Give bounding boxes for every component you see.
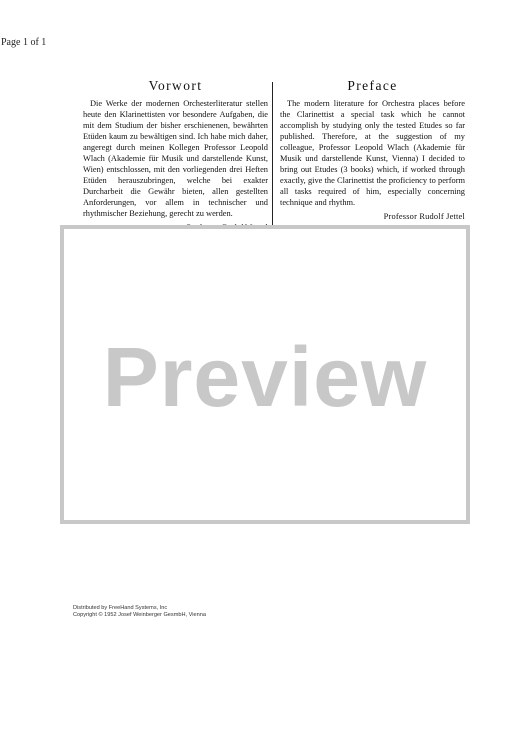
footer: Distributed by FreeHand Systems, Inc Cop…	[73, 605, 206, 619]
vorwort-column: Vorwort Die Werke der modernen Orchester…	[83, 78, 268, 232]
vorwort-title: Vorwort	[83, 78, 268, 94]
preview-watermark-box: Preview	[60, 225, 470, 524]
page-indicator: Page 1 of 1	[1, 37, 46, 48]
preview-watermark-text: Preview	[103, 329, 428, 426]
copyright-line: Copyright © 1952 Josef Weinberger GesmbH…	[73, 612, 206, 619]
preface-signature: Professor Rudolf Jettel	[280, 212, 465, 221]
preface-body: The modern literature for Orchestra plac…	[280, 98, 465, 208]
vorwort-body: Die Werke der modernen Orchesterliteratu…	[83, 98, 268, 219]
distributor-line: Distributed by FreeHand Systems, Inc	[73, 605, 206, 612]
column-divider	[272, 82, 273, 227]
preface-column: Preface The modern literature for Orches…	[280, 78, 465, 221]
preface-title: Preface	[280, 78, 465, 94]
